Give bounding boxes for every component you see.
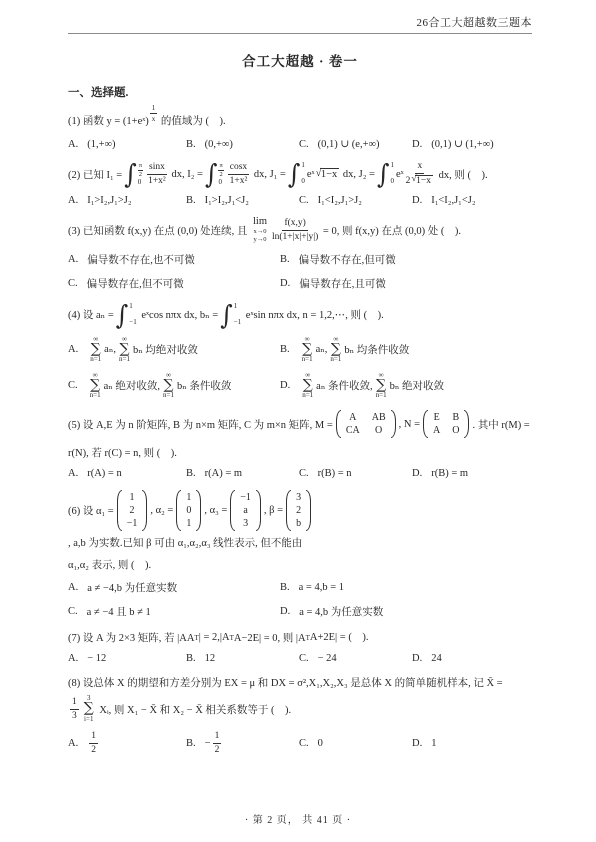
vector-alpha2: 101 (176, 490, 201, 531)
integral-lower-limit: −1 (234, 319, 241, 326)
option-1-b: B.(0,+∞) (186, 139, 299, 150)
q4-text-3: eˣsin nπx dx, n = 1,2,⋯, 则 ( ). (243, 307, 384, 322)
option-text: r(A) = m (205, 468, 242, 479)
option-3-c: C.偏导数存在,但不可微 (68, 276, 280, 291)
q5-text-2: , N = (399, 419, 420, 430)
option-label: B. (186, 468, 196, 479)
q8-text-1: (8) 设总体 X 的期望和方差分别为 EX = μ 和 DX = σ²,X₁,… (68, 675, 532, 690)
option-3-a: A.偏导数不存在,也不可微 (68, 252, 280, 267)
option-text: − 24 (318, 653, 337, 664)
q6-text-5: , a,b 为实数.已知 β 可由 α₁,α₂,α₃ 线性表示, 但不能由 (68, 535, 302, 550)
option-7-a: A.− 12 (68, 653, 186, 664)
question-2-options: A.I₁>I₂,J₁>J₂ B.I₁>I₂,J₁<J₂ C.I₁<I₂,J₁>J… (68, 195, 532, 206)
option-text: 偏导数存在,且可微 (299, 276, 386, 291)
option-text: 0 (318, 738, 323, 749)
option-text: I₁>I₂,J₁<J₂ (205, 195, 249, 206)
question-2-stem: (2) 已知 I₁ = ∫π20 sinx1+x² dx, I₂ = ∫π20 … (68, 161, 532, 187)
question-6-options: A.a ≠ −4,b 为任意实数 B.a = 4,b = 1 C.a ≠ −4 … (68, 580, 532, 619)
option-text: (1,+∞) (87, 139, 115, 150)
sum-operator: 3∑i=1 (84, 695, 94, 722)
option-8-a: A.12 (68, 731, 186, 756)
lim-subscript-1: x→0 (253, 228, 266, 236)
sigma-glyph: ∑ (376, 379, 386, 392)
option-6-c: C.a ≠ −4 且 b ≠ 1 (68, 604, 280, 619)
option-7-c: C.− 24 (299, 653, 412, 664)
q7-text-4: A+2E| = ( ). (310, 632, 369, 643)
integral-sign: ∫10 (377, 161, 394, 187)
option-5-b: B.r(A) = m (186, 468, 299, 479)
question-1: (1) 函数 y = (1+eˣ)1x 的值域为 ( ). A.(1,+∞) B… (68, 111, 532, 150)
sum-operator: ∞∑n=1 (376, 372, 387, 399)
question-5-stem: (5) 设 A,E 为 n 阶矩阵, B 为 n×m 矩阵, C 为 m×n 矩… (68, 410, 532, 438)
question-7: (7) 设 A 为 2×3 矩阵, 若 |AAT| = 2,|ATA−2E| =… (68, 630, 532, 664)
sum-operator: ∞∑n=1 (119, 336, 130, 363)
option-5-c: C.r(B) = n (299, 468, 412, 479)
sigma-glyph: ∑ (119, 343, 129, 356)
option-label: A. (68, 738, 78, 749)
option-text: r(B) = n (318, 468, 352, 479)
q5-text-4: r(N), 若 r(C) = n, 则 ( ). (68, 445, 532, 460)
q2-text-2: dx, I₂ = (169, 169, 203, 180)
option-text: a = 4,b 为任意实数 (299, 604, 383, 619)
option-text: I₁<I₂,J₁<J₂ (431, 195, 475, 206)
option-text: 1 (431, 738, 436, 749)
q1-text-2: 的值域为 ( ). (158, 113, 225, 128)
option-label: C. (299, 468, 309, 479)
q2-text-1: (2) 已知 I₁ = (68, 167, 122, 182)
option-1-c: C.(0,1) ∪ (e,+∞) (299, 138, 412, 150)
question-3-stem: (3) 已知函数 f(x,y) 在点 (0,0) 处连续, 且 limx→0y→… (68, 217, 532, 244)
sigma-glyph: ∑ (91, 343, 101, 356)
sum-operator: ∞∑n=1 (302, 336, 313, 363)
option-2-c: C.I₁<I₂,J₁>J₂ (299, 195, 412, 206)
q8-text-2: Xᵢ, 则 X₁ − X̄ 和 X₂ − X̄ 相关系数等于 ( ). (97, 702, 291, 717)
option-label: D. (412, 195, 422, 206)
option-8-b: B.−12 (186, 731, 299, 756)
q3-text-1: (3) 已知函数 f(x,y) 在点 (0,0) 处连续, 且 (68, 223, 250, 238)
vector-beta: 32b (286, 490, 311, 531)
lim-glyph: lim (253, 217, 267, 228)
fraction: x2√1−x (406, 161, 434, 187)
integral-glyph: ∫ (220, 302, 233, 328)
integral-upper-limit: 1 (129, 303, 136, 310)
option-label: C. (299, 139, 309, 150)
option-label: A. (68, 468, 78, 479)
question-8-options: A.12 B.−12 C.0 D.1 (68, 731, 532, 756)
square-root: √1−x (411, 175, 433, 187)
section-heading: 一、选择题. (68, 84, 532, 100)
option-label: C. (68, 606, 78, 617)
option-label: D. (412, 653, 422, 664)
fraction: sinx1+x² (147, 162, 167, 187)
question-7-stem: (7) 设 A 为 2×3 矩阵, 若 |AAT| = 2,|ATA−2E| =… (68, 630, 532, 645)
option-text: − 12 (87, 653, 106, 664)
option-5-d: D.r(B) = m (412, 468, 532, 479)
booklet-title: 26合工大超越数三题本 (417, 17, 533, 29)
integral-lower-limit: 0 (390, 178, 394, 185)
vector-alpha3: −1a3 (230, 490, 261, 531)
q6-text-2: , α₂ = (150, 505, 173, 516)
integral-lower-limit: 0 (301, 178, 305, 185)
option-5-a: A.r(A) = n (68, 468, 186, 479)
q1-exponent-fraction: 1x (149, 104, 159, 123)
q5-text-1: (5) 设 A,E 为 n 阶矩阵, B 为 n×m 矩阵, C 为 m×n 矩… (68, 417, 333, 432)
option-text: r(A) = n (87, 468, 122, 479)
sigma-glyph: ∑ (84, 702, 94, 715)
option-text: (0,1) ∪ (e,+∞) (318, 138, 380, 150)
option-6-b: B.a = 4,b = 1 (280, 582, 532, 593)
option-6-d: D.a = 4,b 为任意实数 (280, 604, 532, 619)
paper-title: 合工大超越 · 卷一 (68, 50, 532, 70)
option-label: B. (280, 582, 290, 593)
option-label: B. (186, 653, 196, 664)
fraction: f(x,y)ln(1+|x|+|y|) (272, 218, 318, 243)
integral-glyph: ∫ (116, 302, 129, 328)
q2-text-3: dx, J₁ = (251, 169, 286, 180)
option-text: 12 (205, 653, 216, 664)
integral-sign: ∫π20 (205, 161, 224, 187)
exam-page: 26合工大超越数三题本 合工大超越 · 卷一 一、选择题. (1) 函数 y =… (0, 0, 596, 842)
q6-text-1: (6) 设 α₁ = (68, 503, 114, 518)
matrix-N: EBAO (423, 410, 469, 438)
minus-sign: − (205, 738, 211, 749)
option-label: D. (280, 606, 290, 617)
q6-text-6: α₁,α₂ 表示, 则 ( ). (68, 557, 532, 572)
q2-text-5: dx, J₂ = (340, 169, 375, 180)
option-8-c: C.0 (299, 738, 412, 749)
integral-lower-limit: 0 (138, 179, 143, 186)
sigma-glyph: ∑ (302, 343, 312, 356)
sigma-glyph: ∑ (164, 379, 174, 392)
integral-upper-limit: π2 (138, 162, 143, 179)
option-label: A. (68, 139, 78, 150)
option-label: A. (68, 653, 78, 664)
option-1-d: D.(0,1) ∪ (1,+∞) (412, 138, 532, 150)
q7-text-2: | = 2,|A (199, 632, 230, 643)
option-label: A. (68, 195, 78, 206)
sum-operator: ∞∑n=1 (302, 372, 313, 399)
option-text: bₙ 均绝对收敛 (133, 342, 198, 357)
option-text: aₙ 条件收敛, (316, 378, 372, 393)
option-text: bₙ 绝对收敛 (390, 378, 444, 393)
option-text: a ≠ −4,b 为任意实数 (87, 580, 177, 595)
numerator: 1 (150, 104, 158, 114)
option-label: C. (299, 738, 309, 749)
option-label: C. (299, 653, 309, 664)
option-label: D. (280, 278, 290, 289)
option-7-d: D.24 (412, 653, 532, 664)
option-label: D. (412, 738, 422, 749)
option-1-a: A.(1,+∞) (68, 139, 186, 150)
option-label: D. (280, 380, 290, 391)
question-6-stem: (6) 设 α₁ = 12−1 , α₂ = 101 , α₃ = −1a3 ,… (68, 490, 532, 550)
integral-sign: ∫1−1 (116, 302, 137, 328)
integral-upper-limit: 1 (234, 303, 241, 310)
integral-lower-limit: 0 (218, 179, 223, 186)
option-8-d: D.1 (412, 738, 532, 749)
option-3-b: B.偏导数不存在,但可微 (280, 252, 532, 267)
question-3: (3) 已知函数 f(x,y) 在点 (0,0) 处连续, 且 limx→0y→… (68, 217, 532, 291)
question-7-options: A.− 12 B.12 C.− 24 D.24 (68, 653, 532, 664)
option-label: A. (68, 344, 78, 355)
integral-sign: ∫10 (288, 161, 305, 187)
option-text: (0,1) ∪ (1,+∞) (431, 138, 493, 150)
q6-text-3: , α₃ = (204, 505, 227, 516)
question-8: (8) 设总体 X 的期望和方差分别为 EX = μ 和 DX = σ²,X₁,… (68, 675, 532, 755)
option-3-d: D.偏导数存在,且可微 (280, 276, 532, 291)
fraction: 13 (70, 697, 79, 722)
option-2-d: D.I₁<I₂,J₁<J₂ (412, 195, 532, 206)
option-label: B. (280, 254, 290, 265)
option-label: A. (68, 582, 78, 593)
option-2-b: B.I₁>I₂,J₁<J₂ (186, 195, 299, 206)
q5-text-3: . 其中 r(M) = (472, 417, 529, 432)
integral-glyph: ∫ (124, 161, 137, 187)
option-text: aₙ, (316, 343, 328, 355)
q7-text-3: A−2E| = 0, 则 |A (234, 630, 306, 645)
option-label: D. (412, 139, 422, 150)
integral-sign: ∫π20 (124, 161, 143, 187)
integral-sign: ∫1−1 (220, 302, 241, 328)
option-4-b: B. ∞∑n=1 aₙ, ∞∑n=1 bₙ 均条件收敛 (280, 336, 532, 363)
option-label: C. (68, 380, 78, 391)
option-label: D. (412, 468, 422, 479)
q3-text-2: = 0, 则 f(x,y) 在点 (0,0) 处 ( ). (320, 223, 461, 238)
option-label: B. (280, 344, 290, 355)
matrix-M: AABCAO (336, 410, 396, 438)
q2-text-6: eˣ (396, 169, 404, 180)
question-1-options: A.(1,+∞) B.(0,+∞) C.(0,1) ∪ (e,+∞) D.(0,… (68, 138, 532, 150)
option-4-a: A. ∞∑n=1 aₙ, ∞∑n=1 bₙ 均绝对收敛 (68, 336, 280, 363)
option-text: (0,+∞) (205, 139, 233, 150)
sum-operator: ∞∑n=1 (90, 372, 101, 399)
option-text: 偏导数不存在,也不可微 (87, 252, 195, 267)
question-6: (6) 设 α₁ = 12−1 , α₂ = 101 , α₃ = −1a3 ,… (68, 490, 532, 619)
sigma-glyph: ∑ (331, 343, 341, 356)
integral-glyph: ∫ (377, 161, 390, 187)
lim-subscript-2: y→0 (253, 236, 266, 244)
option-text: a ≠ −4 且 b ≠ 1 (87, 604, 151, 619)
option-text: 24 (431, 653, 442, 664)
option-text: bₙ 均条件收敛 (344, 342, 409, 357)
sum-operator: ∞∑n=1 (330, 336, 341, 363)
q6-text-4: , β = (264, 505, 283, 516)
vector-alpha1: 12−1 (117, 490, 148, 531)
option-7-b: B.12 (186, 653, 299, 664)
option-text: a = 4,b = 1 (299, 582, 344, 593)
option-4-c: C. ∞∑n=1 aₙ 绝对收敛, ∞∑n=1 bₙ 条件收敛 (68, 372, 280, 399)
question-4: (4) 设 aₙ = ∫1−1 eˣcos nπx dx, bₙ = ∫1−1 … (68, 302, 532, 400)
question-5-options: A.r(A) = n B.r(A) = m C.r(B) = n D.r(B) … (68, 468, 532, 479)
integral-lower-limit: −1 (129, 319, 136, 326)
sigma-glyph: ∑ (303, 379, 313, 392)
q1-text-1: (1) 函数 y = (1+eˣ) (68, 113, 149, 128)
right-paren (306, 490, 311, 531)
question-4-stem: (4) 设 aₙ = ∫1−1 eˣcos nπx dx, bₙ = ∫1−1 … (68, 302, 532, 328)
option-text: I₁>I₂,J₁>J₂ (87, 195, 131, 206)
sum-operator: ∞∑n=1 (90, 336, 101, 363)
denominator: x (152, 114, 156, 123)
question-5: (5) 设 A,E 为 n 阶矩阵, B 为 n×m 矩阵, C 为 m×n 矩… (68, 410, 532, 479)
q4-text-1: (4) 设 aₙ = (68, 307, 114, 322)
page-number: · 第 2 页， 共 41 页 · (0, 811, 596, 826)
option-label: B. (186, 139, 196, 150)
limit-operator: limx→0y→0 (253, 217, 267, 244)
integral-glyph: ∫ (288, 161, 301, 187)
q2-text-4: eˣ (307, 169, 315, 180)
question-4-options: A. ∞∑n=1 aₙ, ∞∑n=1 bₙ 均绝对收敛 B. ∞∑n=1 aₙ,… (68, 336, 532, 400)
right-paren (464, 410, 469, 438)
option-6-a: A.a ≠ −4,b 为任意实数 (68, 580, 280, 595)
q2-text-7: dx, 则 ( ). (436, 167, 488, 182)
option-text: 偏导数不存在,但可微 (299, 252, 396, 267)
question-1-stem: (1) 函数 y = (1+eˣ)1x 的值域为 ( ). (68, 111, 532, 130)
option-label: C. (68, 278, 78, 289)
option-text: I₁<I₂,J₁>J₂ (318, 195, 362, 206)
option-label: B. (186, 195, 196, 206)
q7-text-1: (7) 设 A 为 2×3 矩阵, 若 |AA (68, 630, 194, 645)
option-text: aₙ 绝对收敛, (104, 378, 160, 393)
option-text: r(B) = m (431, 468, 468, 479)
integral-upper-limit: 1 (301, 162, 305, 169)
integral-glyph: ∫ (205, 161, 218, 187)
question-3-options: A.偏导数不存在,也不可微 B.偏导数不存在,但可微 C.偏导数存在,但不可微 … (68, 252, 532, 291)
right-paren (142, 490, 147, 531)
fraction: 12 (89, 731, 98, 756)
right-paren (256, 490, 261, 531)
fraction: cosx1+x² (228, 162, 249, 187)
question-2: (2) 已知 I₁ = ∫π20 sinx1+x² dx, I₂ = ∫π20 … (68, 161, 532, 206)
option-text: aₙ, (104, 343, 116, 355)
fraction: 12 (213, 731, 222, 756)
q4-text-2: eˣcos nπx dx, bₙ = (139, 309, 218, 321)
option-label: C. (299, 195, 309, 206)
option-label: A. (68, 254, 78, 265)
page-header: 26合工大超越数三题本 (68, 14, 532, 34)
option-2-a: A.I₁>I₂,J₁>J₂ (68, 195, 186, 206)
question-8-stem-line2: 13 3∑i=1 Xᵢ, 则 X₁ − X̄ 和 X₂ − X̄ 相关系数等于 … (68, 695, 532, 722)
sum-operator: ∞∑n=1 (163, 372, 174, 399)
square-root: √1−x (316, 168, 340, 180)
option-text: bₙ 条件收敛 (177, 378, 231, 393)
sigma-glyph: ∑ (90, 379, 100, 392)
right-paren (196, 490, 201, 531)
option-label: B. (186, 738, 196, 749)
integral-upper-limit: 1 (390, 162, 394, 169)
option-text: 偏导数存在,但不可微 (87, 276, 184, 291)
integral-upper-limit: π2 (218, 162, 223, 179)
right-paren (391, 410, 396, 438)
option-4-d: D. ∞∑n=1 aₙ 条件收敛, ∞∑n=1 bₙ 绝对收敛 (280, 372, 532, 399)
